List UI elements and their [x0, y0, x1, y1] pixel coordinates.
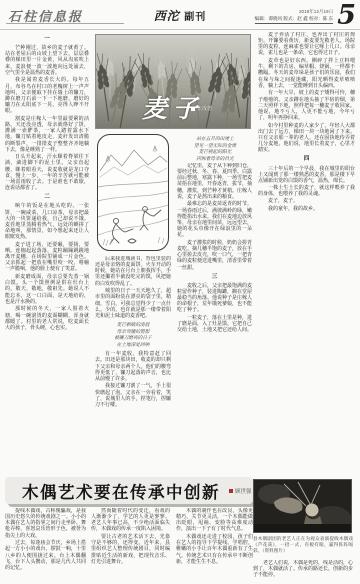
article1-ending-lines: 三十年后的一个早晨，我在城里的阳台上又闻到了那一缕熟悉的麦香，那是楼下早点铺新出… [258, 166, 355, 212]
section-marker-4: 四 [258, 156, 355, 162]
page-header: 石柱信息报 西沱 副刊 2019年12月19日 编辑：谭晓风 版式：赵 鑫 校对… [0, 0, 360, 30]
article1-column-4: 麦子养活了村庄，也养出了村庄的规矩。开镰要看黄历，新麦要先敬老人，场院里的麦粒，… [258, 32, 355, 472]
article2-byline: 顾世强 [229, 487, 252, 495]
header-right: 2019年12月19日 编辑：谭晓风 版式：赵 鑫 校对：陈 东 5 [255, 3, 356, 29]
harvest-sketch-illustration [97, 134, 169, 251]
supplement-script: 西沱 [154, 9, 180, 23]
newspaper-page: 石柱信息报 西沱 副刊 2019年12月19日 编辑：谭晓风 版式：赵 鑫 校对… [0, 0, 360, 584]
article1-poem-middle: 麦芒刺破的清晨母亲弯腰的剪影被镰刀磨亮的日子在土地深处回响 [95, 322, 171, 348]
article2-column-a: 提线木偶戏，古称傀儡戏，是我国历史悠久的传统戏剧之一。小小的木偶在艺人的指掌之间… [5, 508, 86, 584]
sketch-drawing [98, 135, 168, 250]
section-marker-3: 三 [177, 274, 252, 280]
section-marker-1: 一 [5, 36, 89, 42]
article1-column-1: 一 芒种刚过，故乡的麦子就黄了。站在老屋后的山坡上望下去，层层叠叠的梯田里一片金… [5, 33, 89, 473]
article2-title: 木偶艺术要在传承中创新 [5, 479, 220, 503]
issue-date: 2019年12月19日 [255, 8, 334, 15]
article1-col3-paragraphs-b: 麦收之后，父亲把最饱满的麦粒留作种子，装进陶罐，搁在堂屋最稳当的角落。他说种子是… [177, 283, 252, 334]
article1-byline: 张成德 [191, 105, 212, 112]
photo-caption: 县木偶剧团的老艺人正在为观众表演提线木偶戏《芦花荡》，一招一式，有板有眼，赢得阵… [253, 536, 353, 553]
article2-column-c: 木偶的制作也在改良，头像更精巧，关节更灵活，一个木偶能做出眨眼、甩袖、变脸等高难… [176, 508, 253, 584]
section-marker-2: 二 [5, 194, 89, 200]
article2-headline-band: 木偶艺术要在传承中创新 顾世强 [5, 477, 253, 504]
article2-column-d: 老艺人们说，木偶是死的，线是活的，心到了，木偶就活了。传承的路还长，创新的步子不… [253, 560, 353, 584]
article1-col2-paragraphs-a: 后来我进城读书，背包里装的还是母亲烙的麦面饼。火车开动的时候，她站在月台上朝我挥… [95, 256, 171, 319]
supplement-suffix: 副刊 [184, 12, 206, 23]
poem-top-lines: 站在五月的田埂上望见一望无际的金黄麦芒挑起的阳光闪烁着母亲的目光 [179, 136, 251, 162]
article1-poem-top: 站在五月的田埂上望见一望无际的金黄麦芒挑起的阳光闪烁着母亲的目光 [179, 136, 251, 163]
article1-col3-paragraphs-a: 记忆里，麦子从下种到归仓，要经过秋、冬、春、夏四季。白露前后整地，寒露下种，一场… [177, 163, 252, 271]
editor-credits: 编辑：谭晓风 版式：赵 鑫 校对：陈 东 [255, 15, 334, 24]
article1-col1-paragraphs-a: 芒种刚过，故乡的麦子就黄了。站在老屋后的山坡上望下去，层层叠叠的梯田里一片金黄，… [5, 45, 89, 191]
article1-col1-paragraphs-b: 晌午的饭是在地头吃的。一张饼，一碗咸菜，几口凉茶，母亲把最大的一块饼递给我，自己… [5, 203, 89, 331]
article2-colA-paragraphs: 提线木偶戏，古称傀儡戏，是我国历史悠久的传统戏剧之一。小小的木偶在艺人的指掌之间… [5, 508, 86, 571]
article1-col4-paragraphs-a: 麦子养活了村庄，也养出了村庄的规矩。开镰要看黄历，新麦要先敬老人，场院里的麦粒，… [258, 32, 355, 153]
puppet-show-photo [253, 479, 352, 533]
article2-colD-paragraphs: 老艺人们说，木偶是死的，线是活的，心到了，木偶就活了。传承的路还长，创新的步子不… [253, 560, 353, 578]
article1-column-2: 后来我进城读书，背包里装的还是母亲烙的麦面饼。火车开动的时候，她站在月台上朝我挥… [95, 256, 171, 472]
article1-title: 麦子 [96, 89, 250, 125]
author-marker-icon [191, 107, 195, 111]
article2-colC-paragraphs: 木偶的制作也在改良，头像更精巧，关节更灵活，一个木偶能做出眨眼、甩袖、变脸等高难… [176, 508, 253, 565]
article2-colB-paragraphs: 然而随着时代的变迁，看戏的人渐渐少了，学艺的人更是寥寥。老艺人年事已高，不少绝活… [91, 508, 170, 565]
article2-column-b: 然而随着时代的变迁，看戏的人渐渐少了，学艺的人更是寥寥。老艺人年事已高，不少绝活… [91, 508, 170, 584]
page-number: 5 [337, 3, 356, 29]
article1-column-3: 记忆里，麦子从下种到归仓，要经过秋、冬、春、夏四季。白露前后整地，寒露下种，一场… [177, 163, 252, 472]
author-marker-icon [229, 489, 233, 493]
article1-col2-paragraphs-b: 有一年麦收，我特意赶了回去。田还是那块田，收麦的却只剩下父亲和母亲两个人。他们的… [95, 351, 171, 408]
puppet-photo-art [254, 480, 351, 532]
wheat-field-photo: 麦子 张成德 [95, 34, 251, 129]
